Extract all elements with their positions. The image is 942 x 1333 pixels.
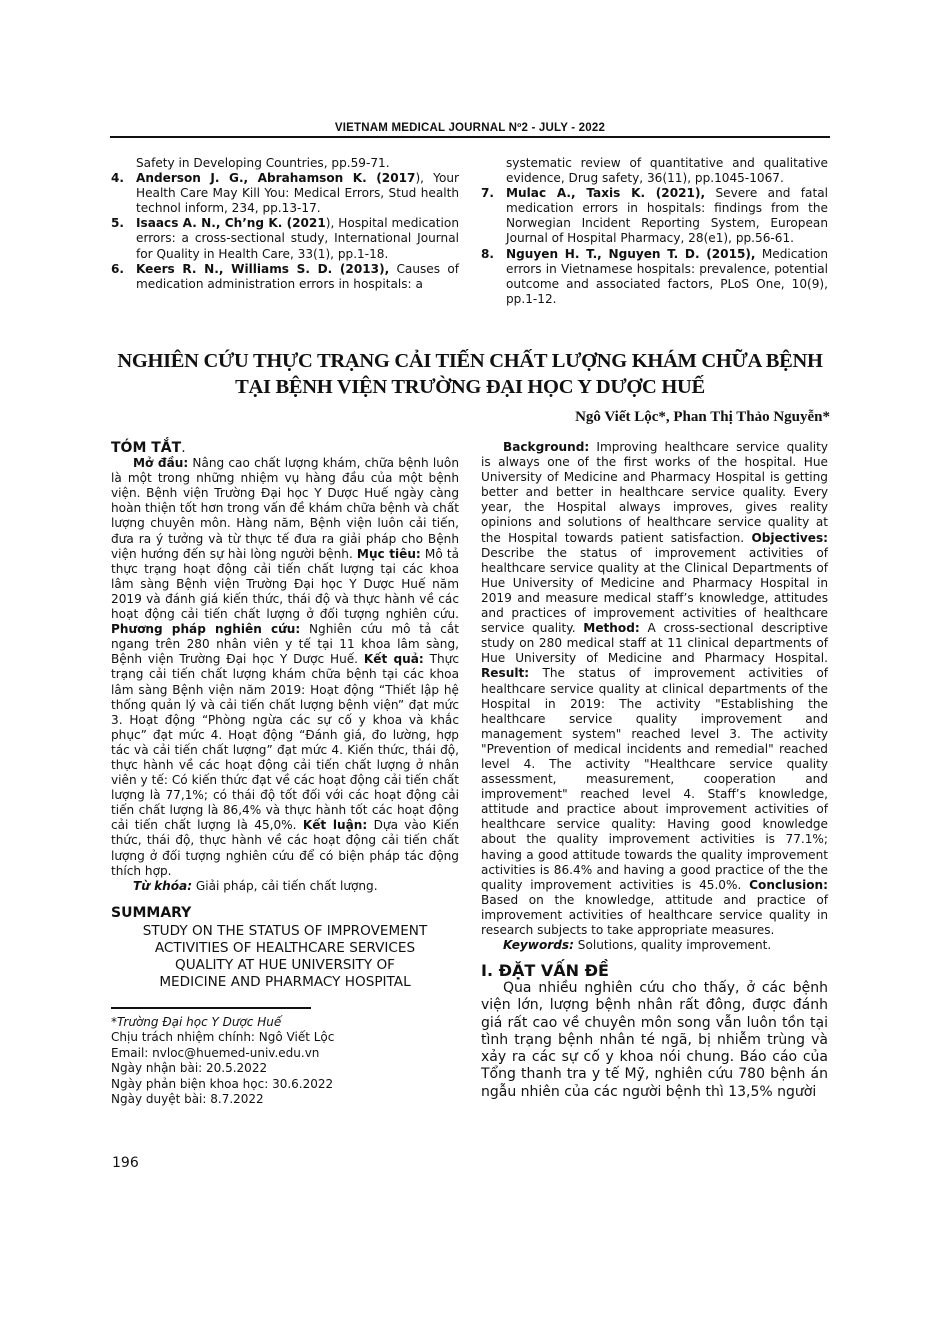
running-header: VIETNAM MEDICAL JOURNAL Nº2 - JULY - 202… [110, 122, 830, 134]
article-title: NGHIÊN CỨU THỰC TRẠNG CẢI TIẾN CHẤT LƯỢN… [110, 348, 830, 400]
responsible-author: Chịu trách nhiệm chính: Ngô Viết Lộc [111, 1030, 459, 1045]
summary-title: STUDY ON THE STATUS OF IMPROVEMENT ACTIV… [111, 923, 459, 991]
footnote-rule [111, 1007, 311, 1009]
right-column: Background: Improving healthcare service… [481, 440, 828, 1101]
page-number: 196 [112, 1155, 139, 1171]
reference-number: 5. [111, 216, 124, 231]
introduction-body: Qua nhiều nghiên cứu cho thấy, ở các bện… [481, 980, 828, 1100]
abstract-label: Conclusion: [749, 878, 828, 892]
keywords-label: Từ khóa: [133, 879, 192, 893]
abstract-vi-keywords: Từ khóa: Giải pháp, cải tiến chất lượng. [111, 879, 459, 894]
reference-item: 6.Keers R. N., Williams S. D. (2013), Ca… [111, 262, 459, 292]
reference-authors: Keers R. N., Williams S. D. (2013), [136, 262, 389, 276]
date-accepted: Ngày duyệt bài: 8.7.2022 [111, 1092, 459, 1107]
abstract-label: Result: [481, 666, 529, 680]
reference-number: 8. [481, 247, 494, 262]
reference-continuation: Safety in Developing Countries, pp.59-71… [111, 156, 459, 171]
abstract-label: Mục tiêu: [357, 547, 421, 561]
reference-authors: Isaacs A. N., Ch’ng K. (2021 [136, 216, 326, 230]
email[interactable]: Email: nvloc@huemed-univ.edu.vn [111, 1046, 459, 1061]
abstract-label: Objectives: [751, 531, 828, 545]
reference-continuation: systematic review of quantitative and qu… [481, 156, 828, 186]
reference-item: 4.Anderson J. G., Abrahamson K. (2017), … [111, 171, 459, 216]
article-title-line: NGHIÊN CỨU THỰC TRẠNG CẢI TIẾN CHẤT LƯỢN… [110, 348, 830, 374]
reference-authors: Mulac A., Taxis K. (2021), [506, 186, 705, 200]
journal-page: VIETNAM MEDICAL JOURNAL Nº2 - JULY - 202… [0, 0, 942, 1333]
date-received: Ngày nhận bài: 20.5.2022 [111, 1061, 459, 1076]
reference-number: 7. [481, 186, 494, 201]
reference-authors: Anderson J. G., Abrahamson K. (2017 [136, 171, 415, 185]
keywords-label: Keywords: [503, 938, 574, 952]
article-title-line: TẠI BỆNH VIỆN TRƯỜNG ĐẠI HỌC Y DƯỢC HUẾ [110, 374, 830, 400]
footnote: *Trường Đại học Y Dược Huế Chịu trách nh… [111, 1015, 459, 1107]
abstract-label: Method: [583, 621, 639, 635]
abstract-en-body: Background: Improving healthcare service… [481, 440, 828, 938]
affiliation: *Trường Đại học Y Dược Huế [111, 1015, 459, 1030]
abstract-label: Phương pháp nghiên cứu: [111, 622, 300, 636]
reference-authors: Nguyen H. T., Nguyen T. D. (2015), [506, 247, 756, 261]
abstract-label: Kết luận: [303, 818, 367, 832]
article-authors: Ngô Viết Lộc*, Phan Thị Thảo Nguyễn* [575, 409, 830, 426]
abstract-label: Mở đầu: [133, 456, 188, 470]
abstract-label: Background: [503, 440, 589, 454]
reference-item: 7.Mulac A., Taxis K. (2021), Severe and … [481, 186, 828, 246]
reference-number: 6. [111, 262, 124, 277]
abstract-vi-body: Mở đầu: Nâng cao chất lượng khám, chữa b… [111, 456, 459, 879]
introduction-heading: I. ĐẶT VẤN ĐỀ [481, 963, 828, 978]
abstract-en-keywords: Keywords: Solutions, quality improvement… [481, 938, 828, 953]
date-reviewed: Ngày phản biện khoa học: 30.6.2022 [111, 1077, 459, 1092]
references-left: Safety in Developing Countries, pp.59-71… [111, 156, 459, 292]
summary-heading: SUMMARY [111, 906, 459, 921]
left-column: TÓM TẮT. Mở đầu: Nâng cao chất lượng khá… [111, 441, 459, 1107]
reference-item: 5.Isaacs A. N., Ch’ng K. (2021), Hospita… [111, 216, 459, 261]
abstract-label: Kết quả: [364, 652, 424, 666]
reference-item: 8.Nguyen H. T., Nguyen T. D. (2015), Med… [481, 247, 828, 307]
abstract-vi-heading: TÓM TẮT. [111, 441, 459, 456]
reference-number: 4. [111, 171, 124, 186]
header-rule [110, 136, 830, 138]
references-right: systematic review of quantitative and qu… [481, 156, 828, 307]
